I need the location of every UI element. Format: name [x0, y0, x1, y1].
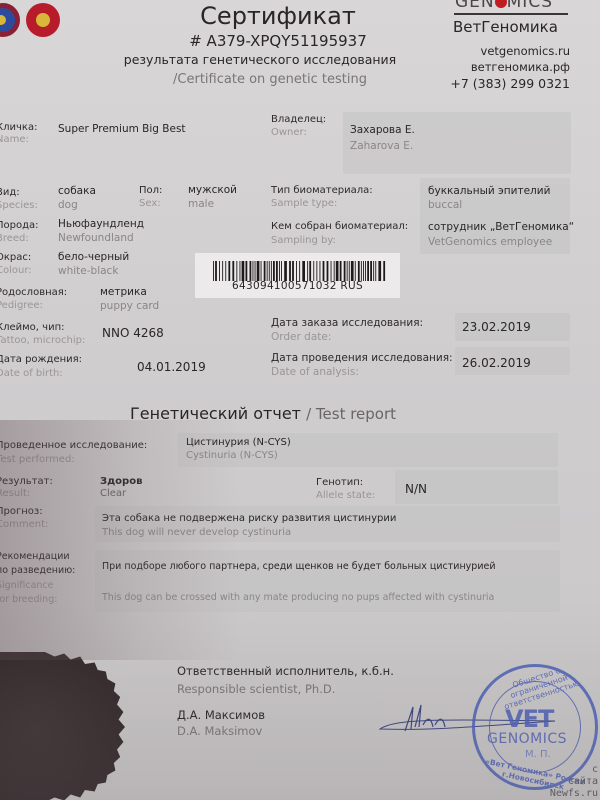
owner-value-en: Zaharova E.: [350, 140, 413, 152]
sampling-label-en: Sampling by:: [271, 235, 336, 246]
pedigree-value-ru: метрика: [100, 286, 147, 298]
stamp-mp: М. П.: [525, 749, 551, 760]
colour-value-ru: бело-черный: [58, 251, 129, 263]
decor-circle-inner-yellow-2: [36, 13, 50, 27]
birth-date-label-ru: Дата рождения:: [0, 354, 82, 365]
stamp-logo-vet: VET: [505, 705, 553, 733]
website-rf-link[interactable]: ветгеномика.рф: [471, 60, 570, 74]
sampling-label-ru: Кем собран биоматериал:: [271, 221, 408, 232]
breeding-value-ru: При подборе любого партнера, среди щенко…: [102, 561, 496, 572]
sampling-value-ru: сотрудник „ВетГеномика“: [428, 221, 574, 233]
tattoo-value: NNO 4268: [102, 326, 164, 340]
result-label-ru: Результат:: [0, 476, 53, 487]
colour-label-ru: Окрас:: [0, 252, 31, 263]
breed-value-ru: Ньюфаундленд: [58, 218, 144, 230]
owner-value-ru: Захарова Е.: [350, 124, 415, 136]
pedigree-label-ru: Родословная:: [0, 287, 67, 298]
certificate-number: # A379-XPQY51195937: [148, 32, 408, 50]
pedigree-label-en: Pedigree:: [0, 300, 43, 311]
sample-type-value-ru: буккальный эпителий: [428, 185, 550, 197]
sampling-value-en: VetGenomics employee: [428, 236, 552, 248]
brand-logo-dot-icon: [495, 0, 507, 8]
report-title-ru: Генетический отчет: [130, 404, 301, 423]
genotype-value: N/N: [405, 482, 427, 496]
result-label-en: Result:: [0, 488, 30, 499]
owner-label-en: Owner:: [271, 127, 307, 138]
breeding-label-en-1: Significance: [0, 580, 53, 591]
species-label-ru: Вид:: [0, 187, 20, 198]
breeding-value-en: This dog can be crossed with any mate pr…: [102, 592, 494, 603]
test-value-ru: Цистинурия (N-CYS): [186, 437, 291, 448]
result-value-ru: Здоров: [100, 476, 142, 487]
birth-date-label-en: Date of birth:: [0, 368, 63, 379]
certificate-page: Сертификат # A379-XPQY51195937 результат…: [0, 0, 600, 800]
genotype-label-en: Allele state:: [316, 490, 375, 501]
watermark-line-1: с: [592, 764, 598, 776]
barcode-icon: [213, 261, 387, 281]
signatory-name-en: D.A. Maksimov: [177, 724, 262, 738]
brand-logo-latin: GENMICS: [455, 0, 553, 12]
sex-value-ru: мужской: [188, 184, 237, 196]
comment-value-ru: Эта собака не подвержена риску развития …: [102, 513, 396, 524]
analysis-date-label-ru: Дата проведения исследования:: [271, 352, 453, 364]
breed-label-en: Breed:: [0, 233, 29, 244]
birth-date-value: 04.01.2019: [137, 360, 206, 374]
signatory-role-ru: Ответственный исполнитель, к.б.н.: [177, 664, 394, 678]
test-label-ru: Проведенное исследование:: [0, 440, 147, 451]
subtitle-en: /Certificate on genetic testing: [150, 72, 390, 87]
analysis-date-value: 26.02.2019: [462, 356, 531, 370]
species-value-ru: собака: [58, 185, 96, 197]
genotype-label-ru: Генотип:: [316, 477, 363, 488]
sample-type-value-en: buccal: [428, 199, 462, 211]
company-stamp-icon: Общество с ограниченной ответственностью…: [472, 664, 598, 790]
name-label-ru: Кличка:: [0, 122, 37, 133]
breed-label-ru: Порода:: [0, 220, 39, 231]
comment-label-ru: Прогноз:: [0, 506, 43, 517]
analysis-date-label-en: Date of analysis:: [271, 366, 359, 378]
order-date-label-ru: Дата заказа исследования:: [271, 317, 423, 329]
sample-type-label-en: Sample type:: [271, 198, 337, 209]
pedigree-value-en: puppy card: [100, 300, 159, 312]
website-link[interactable]: vetgenomics.ru: [481, 44, 570, 58]
breed-value-en: Newfoundland: [58, 232, 134, 244]
sex-label-ru: Пол:: [139, 185, 162, 196]
certificate-title: Сертификат: [178, 2, 378, 30]
barcode-number: 643094100571032 RUS: [195, 280, 400, 292]
species-value-en: dog: [58, 199, 78, 211]
barcode-sticker: 643094100571032 RUS: [195, 253, 400, 298]
stamp-logo-genomics: GENOMICS: [487, 731, 567, 747]
owner-label-ru: Владелец:: [271, 114, 326, 125]
watermark-line-2: сайта: [568, 776, 598, 788]
colour-label-en: Colour:: [0, 265, 32, 276]
comment-value-en: This dog will never develop cystinuria: [102, 527, 291, 538]
tattoo-label-ru: Клеймо, чип:: [0, 322, 64, 333]
signatory-role-en: Responsible scientist, Ph.D.: [177, 682, 335, 696]
name-label-en: Name:: [0, 134, 29, 145]
report-section-title: Генетический отчет / Test report: [130, 404, 396, 423]
embossed-seal-icon: [0, 652, 125, 800]
test-value-en: Cystinuria (N-CYS): [186, 450, 278, 461]
tattoo-label-en: Tattoo, microchip:: [0, 335, 85, 346]
breeding-label-ru-1: Рекомендации: [0, 551, 70, 562]
sample-type-label-ru: Тип биоматериала:: [271, 185, 373, 196]
breeding-label-en-2: for breeding:: [0, 594, 57, 605]
brand-divider: [454, 13, 568, 15]
breeding-label-ru-2: по разведению:: [0, 565, 75, 576]
watermark-line-3: Newfs.ru: [550, 788, 598, 800]
order-date-label-en: Order date:: [271, 331, 331, 343]
test-label-en: Test performed:: [0, 454, 75, 465]
order-date-value: 23.02.2019: [462, 320, 531, 334]
phone-number: +7 (383) 299 0321: [450, 76, 570, 91]
subtitle-ru: результата генетического исследования: [110, 52, 410, 67]
sex-value-en: male: [188, 198, 214, 210]
comment-label-en: Comment:: [0, 519, 48, 530]
name-value: Super Premium Big Best: [58, 123, 186, 135]
species-label-en: Species:: [0, 200, 38, 211]
brand-logo-cyrillic: ВетГеномика: [453, 18, 558, 36]
colour-value-en: white-black: [58, 265, 118, 277]
sex-label-en: Sex:: [139, 198, 161, 209]
report-title-en: / Test report: [306, 405, 396, 423]
signatory-name-ru: Д.А. Максимов: [177, 708, 265, 722]
result-value-en: Clear: [100, 488, 126, 499]
